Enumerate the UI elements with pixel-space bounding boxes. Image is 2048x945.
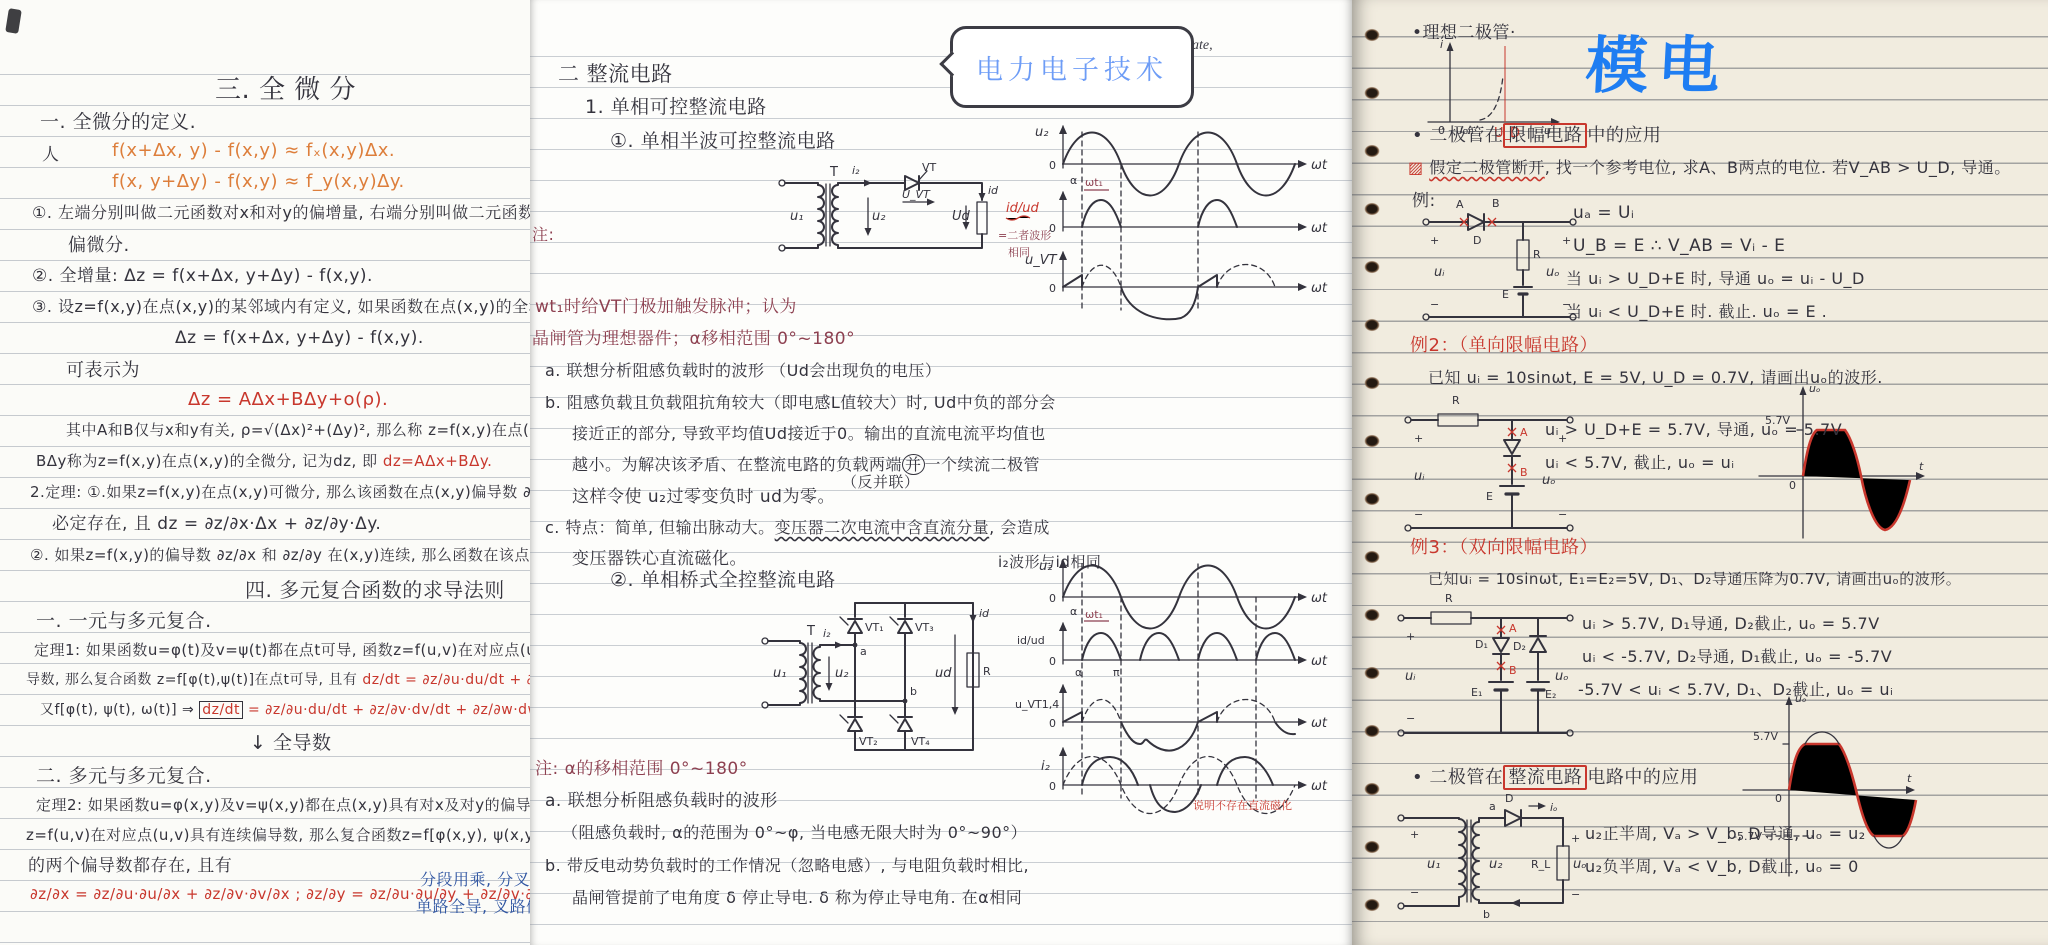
- page-title: 模电: [1584, 16, 1733, 105]
- half-wave-rectifier-circuit-figure: T i₂ VT id Ud u₂ u₁ U_VT id/ud =二者波形 相同: [770, 160, 1070, 265]
- wt1-label: ωt₁: [1085, 176, 1103, 189]
- ui-label: uᵢ: [1405, 669, 1416, 684]
- axis-wt: ωt: [1311, 591, 1328, 606]
- u1-label: u₁: [773, 666, 786, 681]
- note-line: ↓ 全导数: [250, 733, 331, 755]
- note-line: 单路全导, 叉路偏导.: [416, 898, 530, 916]
- node-b-label: B: [1509, 664, 1517, 677]
- node-a-label: A: [1456, 198, 1464, 211]
- note-line: 注:: [532, 226, 554, 244]
- note-line: 这样令使 u₂过零变负时 ud为零。: [572, 488, 835, 508]
- plus-sign: +: [1414, 432, 1423, 445]
- note-line: b. 阻感负载且负载阻抗角较大（即电感L值较大）时, Ud中负的部分会: [545, 394, 1056, 412]
- zero-label: 0: [1789, 479, 1796, 492]
- minus-sign: −: [1410, 886, 1419, 899]
- note-line: 晶闸管为理想器件；α移相范围 0°~180°: [532, 330, 855, 350]
- note-line: （阻感负载时, α的范围为 0°~φ, 当电感无限大时为 0°~90°）: [562, 824, 1027, 842]
- wt1-label: ωt₁: [1085, 608, 1103, 621]
- note-line: c. 特点：简单, 但输出脉动大。变压器二次电流中含直流分量, 会造成: [545, 519, 1050, 537]
- bridge-waveforms-figure: u₂ 0 ωt α ωt₁ id/ud 0 α π ωt u_VT1,4 0 ω…: [1015, 468, 1352, 818]
- minus-sign: −: [1406, 712, 1415, 725]
- axis-zero: 0: [1049, 282, 1056, 295]
- node-a-label: a: [1489, 800, 1496, 813]
- thyristor-label: VT: [922, 161, 937, 174]
- scan-smudge: [5, 8, 22, 34]
- note-line: z=f(u,v)在对应点(u,v)具有连续偏导数, 那么复合函数z=f[φ(x,…: [26, 827, 530, 844]
- note-line: 二. 多元与多元复合.: [36, 766, 212, 788]
- ui-label: uᵢ: [1414, 469, 1425, 484]
- transformer-label: T: [806, 624, 815, 639]
- note-line: 一. 一元与多元复合.: [36, 611, 212, 633]
- resistor-label: R: [1533, 248, 1541, 261]
- note-line: ③. 设z=f(x,y)在点(x,y)的某邻域内有定义, 如果函数在点(x,y)…: [32, 298, 530, 316]
- note-line: uₐ = Uᵢ: [1573, 204, 1634, 224]
- note-line: Δz = f(x+Δx, y+Δy) - f(x,y).: [175, 329, 424, 349]
- note-line: 1. 单相可控整流电路: [585, 97, 767, 119]
- note-line: 又f[φ(t), ψ(t), ω(t)] ⇒ dz/dt = ∂z/∂u·du/…: [40, 702, 530, 718]
- axis-zero: 0: [1049, 592, 1056, 605]
- node-a-label: A: [1509, 622, 1517, 635]
- axis-wt: ωt: [1311, 779, 1328, 794]
- battery-label: E: [1502, 288, 1509, 301]
- note-line: 当 uᵢ > U_D+E 时, 导通 uₒ = uᵢ - U_D: [1566, 270, 1865, 288]
- note-line: 一. 全微分的定义.: [40, 112, 196, 134]
- node-b-label: B: [1520, 466, 1528, 479]
- ud-label: Ud: [952, 209, 971, 224]
- plus-sign: +: [1430, 234, 1439, 247]
- note-line: 晶闸管提前了电角度 δ 停止导电. δ 称为停止导电角. 在α相同: [572, 889, 1022, 907]
- u1-label: u₁: [790, 209, 803, 224]
- note-line: 可表示为: [66, 361, 140, 382]
- note-line: 人: [42, 146, 60, 166]
- note-line: 二 整流电路: [558, 62, 673, 86]
- note-line: 例2：（单向限幅电路）: [1410, 336, 1598, 357]
- zero-label: 0: [1775, 792, 1782, 805]
- note-line: ①. 左端分别叫做二元函数对x和对y的偏增量, 右端分别叫做二元函数的: [32, 204, 530, 222]
- note-line: BΔy称为z=f(x,y)在点(x,y)的全微分, 记为dz, 即 dz=AΔx…: [36, 453, 492, 470]
- note-line: 2.定理: ①.如果z=f(x,y)在点(x,y)可微分, 那么该函数在点(x,…: [30, 484, 530, 501]
- load-rl-label: R_L: [1531, 858, 1551, 871]
- note-line: 其中A和B仅与x和y有关, ρ=√(Δx)²+(Δy)², 那么称 z=f(x,…: [66, 422, 530, 439]
- plus-sign: +: [1571, 832, 1580, 845]
- course-label: 电力电子技术: [976, 48, 1168, 87]
- same-wave-note2: 相同: [1008, 245, 1030, 259]
- axis-wt: ωt: [1311, 654, 1328, 669]
- axis-idud: id/ud: [1017, 634, 1045, 647]
- note-line: 必定存在, 且 dz = ∂z/∂x·Δx + ∂z/∂y·Δy.: [52, 515, 381, 535]
- note-line: -5.7V < uᵢ < 5.7V, D₁、D₂截止, uₒ = uᵢ: [1578, 681, 1893, 699]
- note-line: ②. 如果z=f(x,y)的偏导数 ∂z/∂x 和 ∂z/∂y 在(x,y)连续…: [30, 547, 530, 564]
- note-line: 导数, 那么复合函数 z=f[φ(t),ψ(t)]在点t可导, 且有 dz/dt…: [26, 672, 530, 688]
- notes-photo: 三. 全 微 分一. 全微分的定义.人f(x+Δx, y) - f(x,y) ≈…: [0, 0, 2048, 945]
- axis-zero: 0: [1049, 780, 1056, 793]
- u2-label: u₂: [835, 666, 848, 681]
- note-line: 例3：（双向限幅电路）: [1410, 538, 1598, 559]
- axis-zero: 0: [1049, 717, 1056, 730]
- uo-label: uₒ: [1542, 473, 1556, 488]
- note-line: uᵢ > 5.7V, D₁导通, D₂截止, uₒ = 5.7V: [1582, 615, 1880, 633]
- battery2-label: E₂: [1545, 688, 1556, 701]
- vt4-label: VT₄: [911, 735, 930, 748]
- half-wave-waveforms-figure: u₂ 0 ωt α ωt₁ 0 ωt u_VT 0 ωt: [1015, 112, 1352, 347]
- uo-label: uₒ: [1546, 265, 1560, 280]
- axis-zero: 0: [1049, 222, 1056, 235]
- note-line: U_B = E ∴ V_AB = Vᵢ - E: [1573, 237, 1785, 257]
- note-line: 偏微分.: [68, 236, 130, 257]
- note-line: 例:: [1412, 192, 1436, 212]
- note-line: f(x+Δx, y) - f(x,y) ≈ fₓ(x,y)Δx.: [112, 141, 395, 162]
- i2-label: i₂: [852, 164, 860, 177]
- axis-uvt: u_VT: [1025, 253, 1058, 268]
- note-line: 三. 全 微 分: [215, 76, 356, 106]
- note-line: 分段用乘, 分叉用加;: [420, 871, 530, 889]
- axis-wt: ωt: [1311, 716, 1328, 731]
- math-notes-page: 三. 全 微 分一. 全微分的定义.人f(x+Δx, y) - f(x,y) ≈…: [0, 0, 530, 945]
- uvt-label: U_VT: [902, 188, 931, 201]
- resistor-label: R: [1452, 394, 1460, 407]
- bridge-rectifier-circuit-figure: T i₂ a VT₁ VT₃ b VT₂ VT₄ id R ud u₂ u: [755, 595, 1015, 765]
- note-line: ②. 全增量: Δz = f(x+Δx, y+Δy) - f(x,y).: [32, 267, 373, 287]
- note-line: 定理1: 如果函数u=φ(t)及v=ψ(t)都在点t可导, 函数z=f(u,v)…: [34, 642, 530, 659]
- node-a-label: a: [860, 645, 867, 658]
- alpha-label: α: [1075, 666, 1082, 679]
- note-line: uᵢ > U_D+E = 5.7V, 导通, uₒ = 5.7V: [1545, 421, 1842, 439]
- minus-sign: −: [1558, 508, 1567, 521]
- note-line: ▨ 假定二极管断开, 找一个参考电位, 求A、B两点的电位. 若V_AB > U…: [1408, 159, 2011, 177]
- speech-bubble: 电力电子技术: [950, 26, 1194, 108]
- note-line: b. 带反电动势负载时的工作情况（忽略电感）, 与电阻负载时相比,: [545, 857, 1029, 875]
- note-line: a. 联想分析阻感负载时的波形: [545, 792, 778, 812]
- spiral-binding-holes: [1354, 0, 1394, 945]
- note-line: 定理2: 如果函数u=φ(x,y)及v=ψ(x,y)都在点(x,y)具有对x及对…: [36, 797, 530, 814]
- t-axis-label: t: [1919, 460, 1924, 473]
- axis-zero: 0: [1049, 159, 1056, 172]
- vt1-label: VT₁: [865, 621, 884, 634]
- axis-zero: 0: [1049, 655, 1056, 668]
- plus-sign: +: [1406, 630, 1415, 643]
- power-electronics-page: 电力电子技术 ate, 二 整流电路1. 单相可控整流电路①. 单相半波可控整流…: [530, 0, 1352, 945]
- note-line: 已知uᵢ = 10sinωt, E₁=E₂=5V, D₁、D₂导通压降为0.7V…: [1428, 571, 1961, 588]
- note-line: • 二极管在限幅电路中的应用: [1412, 126, 1661, 147]
- u1-label: u₁: [1427, 857, 1440, 872]
- transformer-label: T: [829, 165, 838, 180]
- printed-date-fragment: ate,: [1192, 38, 1213, 54]
- io-label: iₒ: [1550, 801, 1558, 814]
- no-dc-note: 说明不存在直流磁化: [1193, 798, 1292, 812]
- axis-u2: u₂: [1035, 125, 1048, 140]
- note-line: ②. 单相桥式全控整流电路: [610, 570, 836, 592]
- u2-label: u₂: [1489, 857, 1502, 872]
- id-label: id: [979, 607, 990, 620]
- node-b-label: B: [1492, 197, 1500, 210]
- diode-label: D: [1473, 234, 1481, 247]
- diode1-label: D₁: [1475, 638, 1488, 651]
- plus-sign: +: [1410, 828, 1419, 841]
- pi-label: π: [1113, 666, 1120, 679]
- note-line: uᵢ < -5.7V, D₂导通, D₁截止, uₒ = -5.7V: [1582, 648, 1892, 666]
- note-line: • 二极管在整流电路电路中的应用: [1412, 768, 1698, 789]
- axis-wt: ωt: [1311, 281, 1328, 296]
- note-line: f(x, y+Δy) - f(x,y) ≈ f_y(x,y)Δy.: [112, 172, 405, 193]
- note-line: ①. 单相半波可控整流电路: [610, 131, 836, 153]
- minus-sign: −: [1414, 508, 1423, 521]
- axis-wt: ωt: [1311, 221, 1328, 236]
- u2-label: u₂: [872, 209, 885, 224]
- rectifier-application-circuit-figure: u₁ u₂ + − a D iₒ R_L uₒ + − b: [1393, 788, 1588, 938]
- note-line: （反并联）: [842, 474, 920, 491]
- ud-label: ud: [935, 666, 952, 681]
- minus-sign: −: [1430, 298, 1439, 311]
- note-line: i₂波形与id相同: [998, 554, 1101, 571]
- note-line: 变压器铁心直流磁化。: [572, 550, 747, 570]
- clip-level-label: 5.7V: [1753, 730, 1778, 743]
- load-r-label: R: [983, 665, 991, 678]
- i2-label: i₂: [823, 627, 831, 640]
- note-line: wt₁时给VT门极加触发脉冲；认为: [535, 298, 797, 318]
- battery1-label: E₁: [1471, 686, 1482, 699]
- diode-label: D: [1505, 792, 1513, 805]
- idud-note: id/ud: [1006, 201, 1039, 216]
- limiter-example1-circuit-figure: A B D R E + − + − uᵢ uₒ: [1418, 192, 1583, 337]
- note-line: 已知 uᵢ = 10sinωt, E = 5V, U_D = 0.7V, 请画出…: [1428, 369, 1883, 387]
- plus-sign: +: [1562, 234, 1571, 247]
- node-b-label: b: [910, 685, 917, 698]
- note-line: •理想二极管·: [1412, 24, 1516, 44]
- note-line: 接近正的部分, 导致平均值Ud接近于0。输出的直流电流平均值也: [572, 425, 1046, 443]
- axis-i2: i₂: [1041, 759, 1050, 774]
- analog-electronics-page: 模电 •理想二极管·• 二极管在限幅电路中的应用▨ 假定二极管断开, 找一个参考…: [1352, 0, 2048, 945]
- vt3-label: VT₃: [915, 621, 934, 634]
- ui-label: uᵢ: [1434, 265, 1445, 280]
- note-line: 越小。为解决该矛盾、在整流电路的负载两端并一个续流二极管: [572, 456, 1040, 474]
- vt2-label: VT₂: [859, 735, 878, 748]
- resistor-label: R: [1445, 592, 1453, 605]
- same-wave-note: =二者波形: [998, 228, 1051, 242]
- axis-uvt14: u_VT1,4: [1015, 698, 1059, 711]
- battery-label: E: [1486, 490, 1493, 503]
- note-line: 的两个偏导数都存在, 且有: [28, 857, 232, 877]
- note-line: u₂正半周, Vₐ > V_b, D导通, uₒ = u₂: [1585, 825, 1866, 843]
- alpha-label: α: [1070, 605, 1077, 618]
- t-axis-label: t: [1907, 772, 1912, 785]
- note-line: a. 联想分析阻感负载时的波形 （Ud会出现负的电压）: [545, 362, 941, 380]
- note-line: 四. 多元复合函数的求导法则: [245, 579, 505, 602]
- node-b-label: b: [1483, 908, 1490, 921]
- uo-label: uₒ: [1555, 669, 1569, 684]
- one-way-limiter-waveform-figure: uₒ 5.7V 0 t: [1745, 378, 1935, 550]
- id-label: id: [988, 184, 999, 197]
- minus-sign: −: [1571, 888, 1580, 901]
- two-way-limiter-circuit-figure: R A B E₁ E₂ D₁ D₂ uᵢ uₒ + −: [1393, 586, 1578, 748]
- diode2-label: D₂: [1513, 640, 1526, 653]
- note-line: 当 uᵢ < U_D+E 时. 截止. uₒ = E .: [1566, 303, 1827, 321]
- alpha-label: α: [1070, 174, 1077, 187]
- note-line: uᵢ < 5.7V, 截止, uₒ = uᵢ: [1545, 454, 1735, 472]
- axis-wt: ωt: [1311, 158, 1328, 173]
- note-line: 注: α的移相范围 0°~180°: [535, 760, 748, 780]
- node-a-label: A: [1520, 426, 1528, 439]
- note-line: u₂负半周, Vₐ < V_b, D截止, uₒ = 0: [1585, 858, 1859, 876]
- note-line: Δz = AΔx+BΔy+o(ρ).: [188, 390, 388, 411]
